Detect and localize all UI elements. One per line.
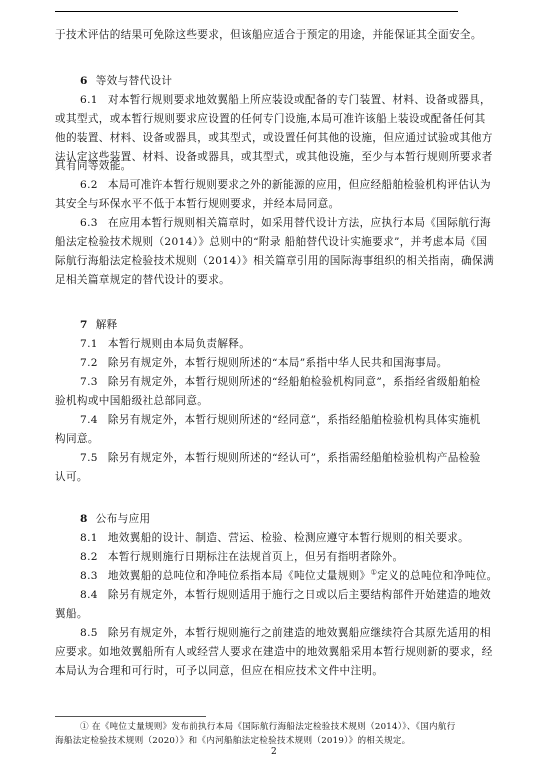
- clause-text: 本暂行规则施行日期标注在法规首页上，但另有指明者除外。: [108, 551, 403, 563]
- clause-text: 除另有规定外，本暂行规则所述的“经同意”，系指经船舶检验机构具体实施机: [108, 414, 481, 426]
- clause-text: 在应用本暂行规则相关篇章时，如采用替代设计方法，应执行本局《国际航行海: [108, 217, 491, 229]
- clause-6-3-line: 足相关篇章规定的替代设计的要求。: [55, 271, 230, 290]
- clause-number: 8.4: [80, 589, 98, 601]
- clause-number: 6.3: [80, 217, 98, 229]
- clause-number: 8.2: [80, 551, 98, 563]
- footnote-rule: [55, 716, 206, 717]
- clause-7-3: 7.3除另有规定外，本暂行规则所述的“经船舶检验机构同意”，系指经省级船舶检: [80, 373, 481, 392]
- clause-text: 本局可准许本暂行规则要求之外的新能源的应用，但应经船舶检验机构评估认为: [108, 179, 491, 191]
- clause-7-1: 7.1本暂行规则由本局负责解释。: [80, 335, 250, 354]
- clause-8-2: 8.2本暂行规则施行日期标注在法规首页上，但另有指明者除外。: [80, 548, 403, 567]
- clause-7-4-line: 构同意。: [55, 430, 99, 449]
- clause-7-3-line: 验机构或中国船级社总部同意。: [55, 392, 208, 411]
- header-rule: [55, 11, 458, 12]
- clause-text: 本暂行规则由本局负责解释。: [108, 338, 250, 350]
- clause-6-2: 6.2本局可准许本暂行规则要求之外的新能源的应用，但应经船舶检验机构评估认为: [80, 176, 491, 195]
- clause-6-1-line: 或其型式，或本暂行规则要求应设置的任何专门设施,本局可准许该船上装设或配备任何其: [55, 110, 486, 129]
- clause-number: 7.3: [80, 376, 98, 388]
- clause-text: 除另有规定外，本暂行规则所述的“经船舶检验机构同意”，系指经省级船舶检: [108, 376, 481, 388]
- clause-6-3-line: 船法定检验技术规则（2014）》总则中的“附录 船舶替代设计实施要求”，并考虑本…: [55, 233, 487, 252]
- clause-8-1: 8.1地效翼船的设计、制造、营运、检验、检测应遵守本暂行规则的相关要求。: [80, 529, 469, 548]
- clause-6-1: 6.1对本暂行规则要求地效翼船上所应装设或配备的专门装置、材料、设备或器具，: [80, 91, 491, 110]
- clause-7-5: 7.5除另有规定外，本暂行规则所述的“经认可”，系指需经船舶检验机构产品检验: [80, 449, 481, 468]
- clause-number: 8.5: [80, 627, 98, 639]
- clause-8-4: 8.4除另有规定外，本暂行规则适用于施行之日或以后主要结构部件开始建造的地效: [80, 586, 491, 605]
- clause-number: 7.5: [80, 452, 98, 464]
- footnote-mark: ①: [80, 722, 89, 732]
- clause-text: 定义的总吨位和净吨位。: [377, 570, 497, 582]
- clause-text: 对本暂行规则要求地效翼船上所应装设或配备的专门装置、材料、设备或器具，: [108, 94, 491, 106]
- clause-number: 7.1: [80, 338, 98, 350]
- intro-line: 于技术评估的结果可免除这些要求，但该船应适合于预定的用途，并能保证其全面安全。: [55, 26, 482, 45]
- clause-8-4-line: 翼船。: [55, 605, 88, 624]
- footnote: ① 在《吨位丈量规则》发布前执行本局《国际航行海船法定检验技术规则（2014）》…: [80, 720, 456, 734]
- clause-7-4: 7.4除另有规定外，本暂行规则所述的“经同意”，系指经船舶检验机构具体实施机: [80, 411, 481, 430]
- section-7-heading: 7解释: [80, 316, 118, 335]
- clause-number: 7.4: [80, 414, 98, 426]
- clause-number: 6.2: [80, 179, 98, 191]
- clause-7-2: 7.2除另有规定外，本暂行规则所述的“本局”系指中华人民共和国海事局。: [80, 354, 448, 373]
- clause-text: 除另有规定外，本暂行规则所述的“经认可”，系指需经船舶检验机构产品检验: [108, 452, 481, 464]
- section-number: 7: [80, 319, 88, 331]
- clause-number: 7.2: [80, 357, 98, 369]
- clause-6-1-line: 他的装置、材料、设备或器具，或其型式，或设置任何其他的设施，但应通过试验或其他方: [55, 129, 493, 148]
- clause-text: 除另有规定外，本暂行规则适用于施行之日或以后主要结构部件开始建造的地效: [108, 589, 491, 601]
- footnote-line: 海船法定检验技术规则（2020）》和《内河船舶法定检验技术规则（2019）》的相…: [55, 734, 411, 748]
- clause-number: 6.1: [80, 94, 98, 106]
- clause-6-3: 6.3在应用本暂行规则相关篇章时，如采用替代设计方法，应执行本局《国际航行海: [80, 214, 491, 233]
- clause-text: 地效翼船的总吨位和净吨位系指本局《吨位丈量规则》: [108, 570, 371, 582]
- clause-8-5-line: 本局认为合理和可行时，可予以同意，但应在相应技术文件中注明。: [55, 662, 383, 681]
- section-number: 6: [80, 75, 88, 87]
- clause-number: 8.3: [80, 570, 98, 582]
- section-number: 8: [80, 513, 88, 525]
- clause-8-5: 8.5除另有规定外，本暂行规则施行之前建造的地效翼船应继续符合其原先适用的相: [80, 624, 491, 643]
- clause-8-5-line: 应要求。如地效翼船所有人或经营人要求在建造中的地效翼船采用本暂行规则新的要求，经: [55, 643, 493, 662]
- clause-6-3-line: 际航行海船法定检验技术规则（2014）》相关篇章引用的国际海事组织的相关指南，确…: [55, 252, 494, 271]
- section-title: 解释: [96, 319, 118, 331]
- clause-text: 除另有规定外，本暂行规则所述的“本局”系指中华人民共和国海事局。: [108, 357, 448, 369]
- footnote-text: 在《吨位丈量规则》发布前执行本局《国际航行海船法定检验技术规则（2014）》、《…: [92, 722, 456, 732]
- clause-number: 8.1: [80, 532, 98, 544]
- clause-6-1-line: 具有同等效能。: [55, 157, 132, 176]
- section-8-heading: 8公布与应用: [80, 510, 150, 529]
- clause-8-3: 8.3地效翼船的总吨位和净吨位系指本局《吨位丈量规则》①定义的总吨位和净吨位。: [80, 567, 498, 586]
- clause-7-5-line: 认可。: [55, 468, 88, 487]
- section-title: 公布与应用: [96, 513, 151, 525]
- clause-text: 地效翼船的设计、制造、营运、检验、检测应遵守本暂行规则的相关要求。: [108, 532, 469, 544]
- section-title: 等效与替代设计: [96, 75, 173, 87]
- page-number: 2: [271, 747, 277, 757]
- clause-6-2-line: 其安全与环保水平不低于本暂行规则要求，并经本局同意。: [55, 195, 340, 214]
- clause-text: 除另有规定外，本暂行规则施行之前建造的地效翼船应继续符合其原先适用的相: [108, 627, 491, 639]
- section-6-heading: 6等效与替代设计: [80, 72, 172, 91]
